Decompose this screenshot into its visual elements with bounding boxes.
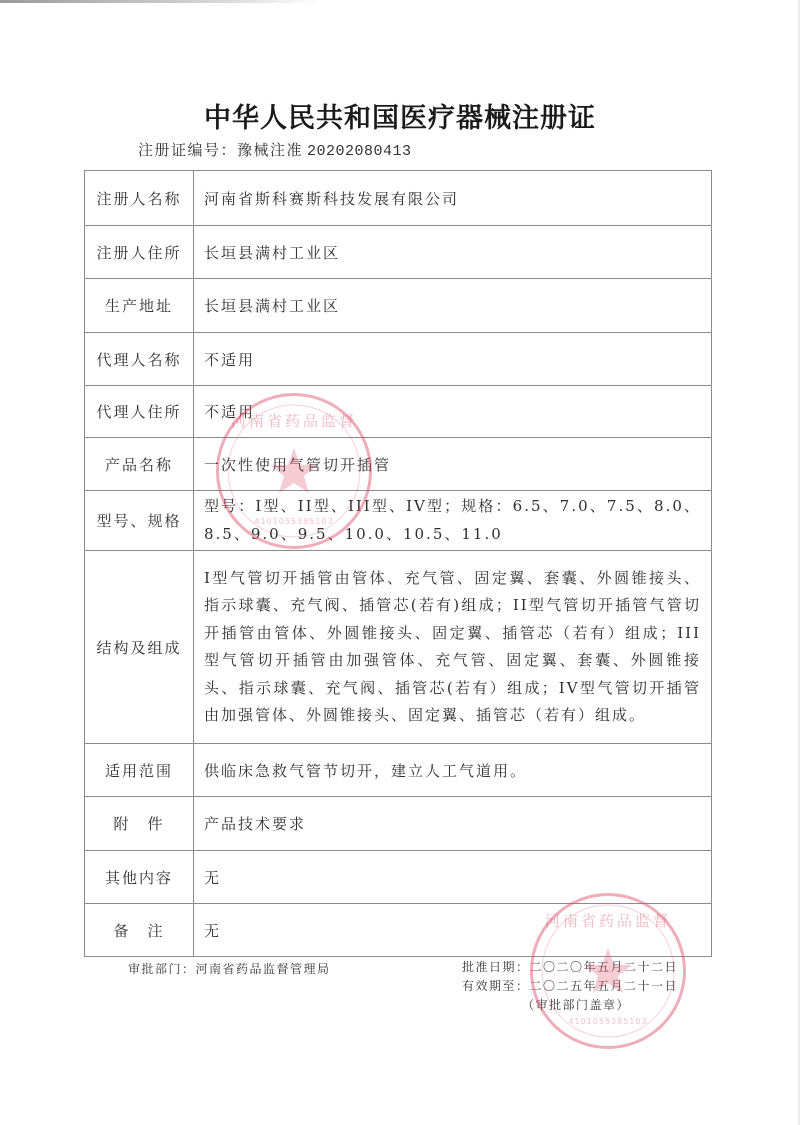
row-value: 无 xyxy=(194,851,712,904)
row-value: 产品技术要求 xyxy=(194,797,712,851)
table-row: 适用范围 供临床急救气管节切开，建立人工气道用。 xyxy=(85,744,712,797)
row-label: 备 注 xyxy=(85,904,194,957)
table-row: 结构及组成 I型气管切开插管由管体、充气管、固定翼、套囊、外圆锥接头、指示球囊、… xyxy=(85,551,712,744)
table-row: 代理人住所 不适用 xyxy=(85,386,712,438)
table-row: 注册人住所 长垣县满村工业区 xyxy=(85,226,712,279)
table-row: 产品名称 一次性使用气管切开插管 xyxy=(85,438,712,491)
registration-number: 20202080413 xyxy=(307,143,412,160)
table-row: 代理人名称 不适用 xyxy=(85,333,712,386)
row-value: 无 xyxy=(194,904,712,957)
row-label: 注册人住所 xyxy=(85,226,194,279)
row-value: 型号：I型、II型、III型、IV型；规格：6.5、7.0、7.5、8.0、8.… xyxy=(194,491,712,551)
table-row: 型号、规格 型号：I型、II型、III型、IV型；规格：6.5、7.0、7.5、… xyxy=(85,491,712,551)
row-label: 注册人名称 xyxy=(85,171,194,226)
row-value: I型气管切开插管由管体、充气管、固定翼、套囊、外圆锥接头、指示球囊、充气阀、插管… xyxy=(194,551,712,744)
row-label: 其他内容 xyxy=(85,851,194,904)
row-value: 不适用 xyxy=(194,333,712,386)
row-label: 附 件 xyxy=(85,797,194,851)
row-label: 代理人住所 xyxy=(85,386,194,438)
row-value: 长垣县满村工业区 xyxy=(194,226,712,279)
row-value: 河南省斯科赛斯科技发展有限公司 xyxy=(194,171,712,226)
table-row: 备 注 无 xyxy=(85,904,712,957)
footer-dates: 批准日期：二〇二〇年五月二十二日 有效期至：二〇二五年五月二十一日 （审批部门盖… xyxy=(462,958,678,1015)
row-label: 产品名称 xyxy=(85,438,194,491)
row-value: 一次性使用气管切开插管 xyxy=(194,438,712,491)
row-label: 代理人名称 xyxy=(85,333,194,386)
table-row: 附 件 产品技术要求 xyxy=(85,797,712,851)
registration-number-line: 注册证编号：豫械注准20202080413 xyxy=(138,139,412,160)
registration-number-label: 注册证编号： xyxy=(138,141,237,159)
scan-edge-shadow xyxy=(0,0,320,3)
svg-text:4101055385103: 4101055385103 xyxy=(568,1017,647,1026)
row-value: 供临床急救气管节切开，建立人工气道用。 xyxy=(194,744,712,797)
row-value: 长垣县满村工业区 xyxy=(194,279,712,333)
table-row: 生产地址 长垣县满村工业区 xyxy=(85,279,712,333)
row-label: 生产地址 xyxy=(85,279,194,333)
approval-date: 批准日期：二〇二〇年五月二十二日 xyxy=(462,958,678,977)
approval-department: 审批部门：河南省药品监督管理局 xyxy=(128,960,331,977)
row-value: 不适用 xyxy=(194,386,712,438)
certificate-table: 注册人名称 河南省斯科赛斯科技发展有限公司 注册人住所 长垣县满村工业区 生产地… xyxy=(84,170,712,957)
row-label: 适用范围 xyxy=(85,744,194,797)
row-label: 型号、规格 xyxy=(85,491,194,551)
valid-until: 有效期至：二〇二五年五月二十一日 xyxy=(462,977,678,996)
row-label: 结构及组成 xyxy=(85,551,194,744)
document-title: 中华人民共和国医疗器械注册证 xyxy=(0,96,800,135)
seal-note: （审批部门盖章） xyxy=(462,996,678,1015)
table-row: 注册人名称 河南省斯科赛斯科技发展有限公司 xyxy=(85,171,712,226)
registration-number-prefix: 豫械注准 xyxy=(237,141,303,159)
table-row: 其他内容 无 xyxy=(85,851,712,904)
